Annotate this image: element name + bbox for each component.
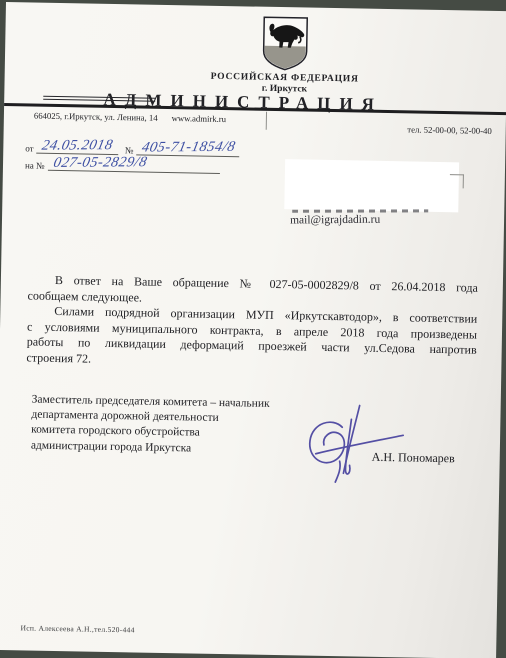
from-label: от — [25, 143, 34, 153]
postal-address: 664025, г.Иркутск, ул. Ленина, 14 — [34, 111, 158, 123]
incoming-number-field: 027-05-2829/8 — [48, 155, 220, 174]
header-address: 664025, г.Иркутск, ул. Ленина, 14www.adm… — [34, 111, 226, 125]
recipient-email: mail@igrajdadin.ru — [290, 214, 380, 227]
letter-body: В ответ на Ваше обращение № 027-05-00028… — [26, 272, 478, 374]
scan-background: РОССИЙСКАЯ ФЕДЕРАЦИЯ г. Иркутск АДМИНИСТ… — [0, 0, 506, 658]
reference-row-incoming: на №027-05-2829/8 — [25, 154, 220, 174]
website: www.admirk.ru — [172, 113, 227, 124]
reply-label: на № — [25, 160, 45, 170]
signer-position: Заместитель председателя комитета – нача… — [31, 393, 270, 458]
handwritten-incoming-number: 027-05-2829/8 — [52, 154, 149, 172]
handwritten-outgoing-number: 405-71-1854/8 — [140, 139, 237, 157]
print-corner-mark — [450, 174, 464, 188]
executor-note: Исп. Алексеева А.Н.,тел.520-444 — [20, 623, 134, 634]
letter-page: РОССИЙСКАЯ ФЕДЕРАЦИЯ г. Иркутск АДМИНИСТ… — [0, 2, 506, 658]
irkutsk-coat-of-arms-icon — [261, 15, 310, 73]
header-vertical-divider — [266, 112, 267, 130]
handwritten-signature — [295, 400, 409, 488]
header-phone: тел. 52-00-00, 52-00-40 — [407, 124, 492, 136]
outgoing-number-field: 405-71-1854/8 — [136, 139, 239, 157]
date-field: 24.05.2018 — [37, 138, 119, 155]
redaction-box — [284, 159, 459, 212]
handwritten-date: 24.05.2018 — [41, 137, 115, 154]
signer-name: А.Н. Пономарев — [372, 450, 455, 467]
redacted-text-remnant — [292, 209, 428, 212]
signer-position-line: администрации города Иркутска — [31, 438, 269, 458]
